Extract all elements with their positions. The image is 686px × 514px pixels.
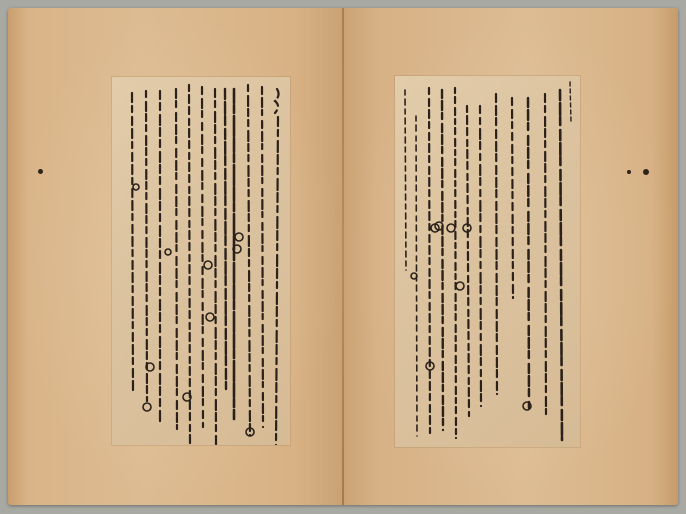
binding-hole-left: [38, 169, 43, 174]
binding-hole-right-1: [627, 170, 631, 174]
left-handwriting: [112, 77, 290, 445]
album-spine: [342, 8, 344, 505]
right-manuscript-sheet: Chinese cursive (caoshu) handwriting: [395, 76, 580, 447]
right-handwriting: [395, 76, 580, 447]
left-manuscript-sheet: Chinese cursive (caoshu) handwriting: [112, 77, 290, 445]
binding-hole-right-2: [643, 169, 649, 175]
